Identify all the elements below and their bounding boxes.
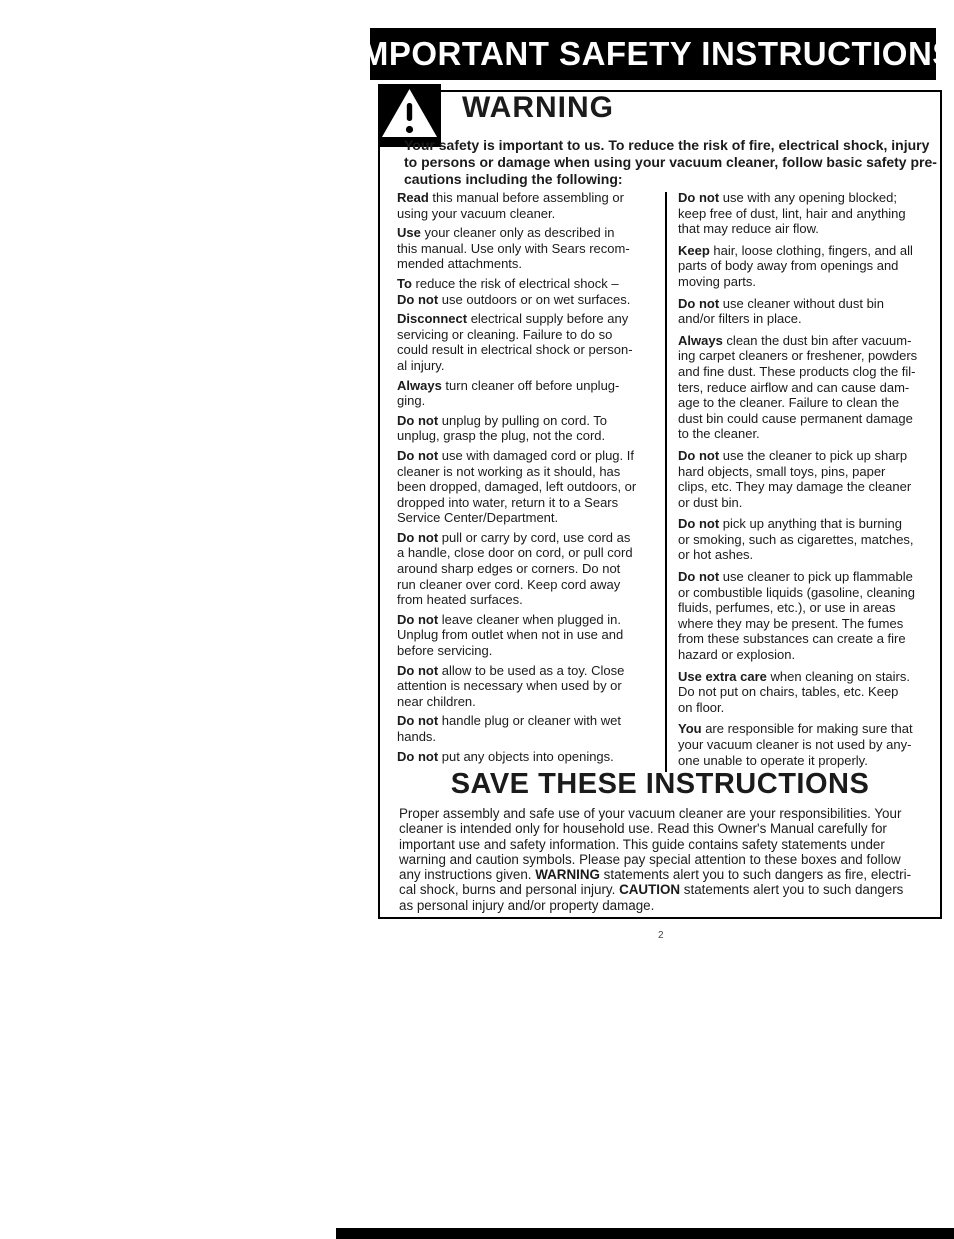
scan-artifact-bar xyxy=(336,1228,954,1239)
safety-item: Do not pick up anything that is burningo… xyxy=(678,516,936,563)
responsibility-paragraph: Proper assembly and safe use of your vac… xyxy=(399,806,933,913)
safety-item: To reduce the risk of electrical shock –… xyxy=(397,276,657,307)
safety-column-left: Read this manual before assembling orusi… xyxy=(397,190,657,768)
warning-heading: WARNING xyxy=(462,91,614,125)
safety-item: Use your cleaner only as described inthi… xyxy=(397,225,657,272)
safety-intro: Your safety is important to us. To reduc… xyxy=(404,137,950,188)
safety-item: Do not use cleaner to pick up flammableo… xyxy=(678,569,936,663)
safety-item: Use extra care when cleaning on stairs.D… xyxy=(678,669,936,716)
safety-item: Disconnect electrical supply before anys… xyxy=(397,311,657,373)
manual-page: IMPORTANT SAFETY INSTRUCTIONS WARNING Yo… xyxy=(0,0,954,1239)
safety-item: Do not put any objects into openings. xyxy=(397,749,657,765)
safety-item: Read this manual before assembling orusi… xyxy=(397,190,657,221)
safety-item: Do not unplug by pulling on cord. Tounpl… xyxy=(397,413,657,444)
safety-column-right: Do not use with any opening blocked;keep… xyxy=(678,190,936,774)
safety-item: Do not use with any opening blocked;keep… xyxy=(678,190,936,237)
page-number: 2 xyxy=(658,930,664,941)
safety-item: Do not leave cleaner when plugged in.Unp… xyxy=(397,612,657,659)
safety-item: You are responsible for making sure that… xyxy=(678,721,936,768)
save-instructions-heading: SAVE THESE INSTRUCTIONS xyxy=(380,768,940,801)
safety-item: Do not allow to be used as a toy. Closea… xyxy=(397,663,657,710)
safety-item: Keep hair, loose clothing, fingers, and … xyxy=(678,243,936,290)
safety-item: Do not use cleaner without dust binand/o… xyxy=(678,296,936,327)
column-divider xyxy=(665,192,667,772)
safety-item: Always clean the dust bin after vacuum-i… xyxy=(678,333,936,442)
safety-item: Do not pull or carry by cord, use cord a… xyxy=(397,530,657,608)
safety-item: Do not use the cleaner to pick up sharph… xyxy=(678,448,936,510)
safety-item: Do not handle plug or cleaner with wetha… xyxy=(397,713,657,744)
page-title: IMPORTANT SAFETY INSTRUCTIONS xyxy=(370,28,936,80)
safety-item: Do not use with damaged cord or plug. If… xyxy=(397,448,657,526)
safety-item: Always turn cleaner off before unplug-gi… xyxy=(397,378,657,409)
